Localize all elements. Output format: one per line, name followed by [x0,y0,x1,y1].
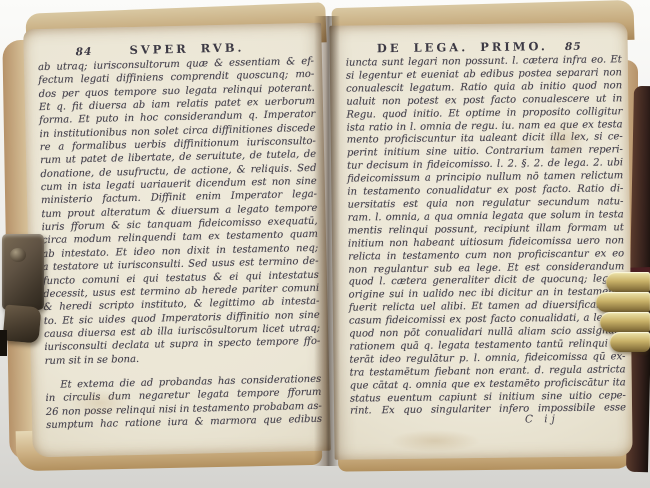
right-text-block: iuncta sunt legari non possunt. l. cæter… [346,54,626,419]
clasp-lobe [596,292,650,312]
clasp-lobe [606,272,650,292]
right-page: DE LEGA. PRIMO. 85 iuncta sunt legari no… [329,22,632,460]
book-gutter-shadow [314,16,340,466]
antique-book-photo: 84 SVPER RVB. ab utraq; iurisconsultorum… [0,0,650,488]
clasp-shadow-sliver [0,330,7,356]
left-text-block: ab utraq; iurisconsultorum quæ & essenti… [38,55,322,432]
text-line: rint. Ex quo singulariter infero impossi… [350,403,626,419]
right-running-title: DE LEGA. PRIMO. [360,39,566,56]
clasp-plate [2,234,44,310]
left-page-number: 84 [76,46,93,58]
right-gold-clasp [594,266,650,358]
clasp-knob [10,248,26,262]
clasp-lobe [610,332,650,352]
right-page-number: 85 [565,41,582,53]
right-running-header-row: DE LEGA. PRIMO. 85 [330,38,628,56]
left-running-title: SVPER RVB. [92,40,282,58]
gathering-signature-mark: C ij [525,413,559,425]
left-page: 84 SVPER RVB. ab utraq; iurisconsultorum… [23,23,331,458]
clasp-hook [2,304,41,343]
clasp-lobe [600,312,650,332]
left-bronze-clasp [0,222,48,354]
